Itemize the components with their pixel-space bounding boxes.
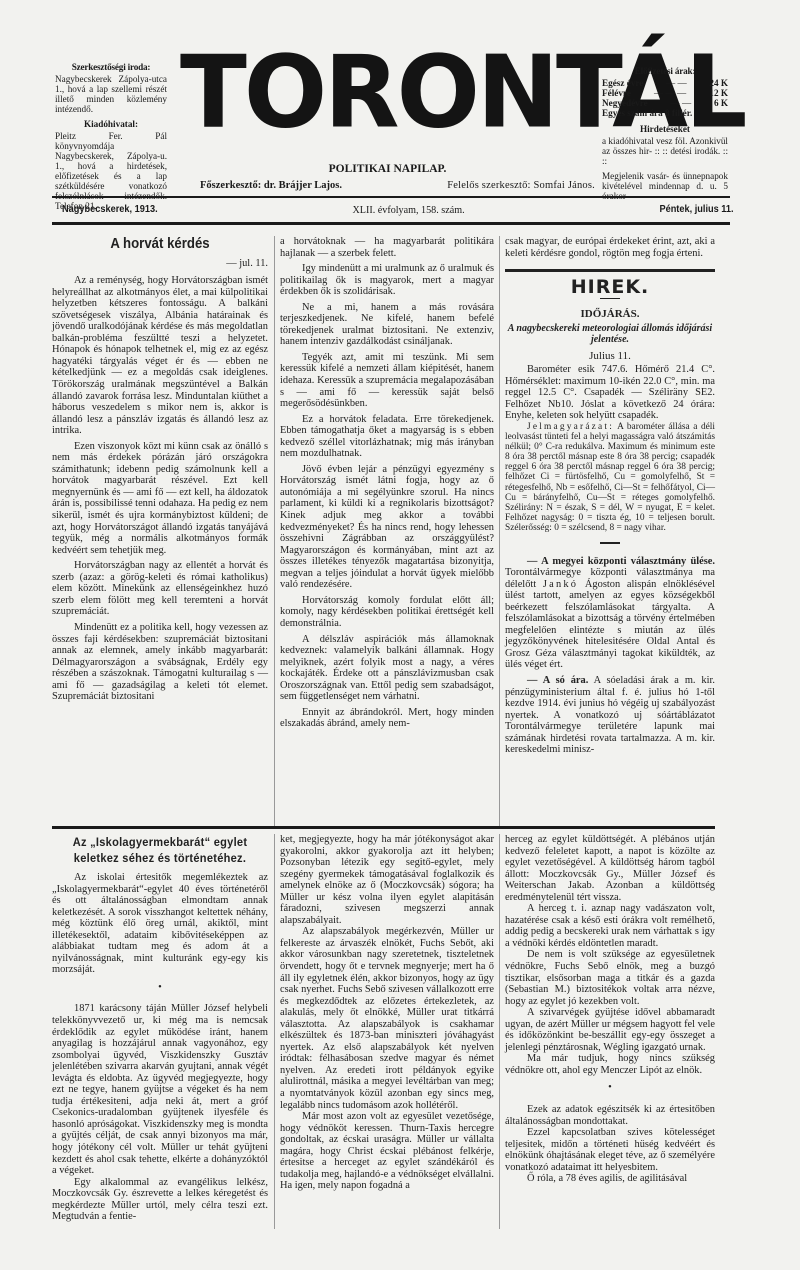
masthead-right-box: Előfizetési árak: Egész évre — — 24 K Fé… — [602, 66, 728, 206]
paragraph: Horvátországban nagy az ellentét a horvá… — [52, 560, 268, 618]
paragraph: Ez a horvátok feladata. Erre törekedjene… — [280, 414, 494, 460]
price-dash: — — — [643, 78, 709, 88]
paragraph: ket, megjegyezte, hogy ha már jótékonysá… — [280, 834, 494, 926]
newspaper-title: TORONTÁL — [180, 49, 595, 137]
separator-dot: • — [505, 1082, 715, 1094]
price-row: Félévre — — — 12 K — [602, 88, 728, 98]
weather-date: Julius 11. — [505, 351, 715, 363]
short-rule — [600, 542, 620, 544]
section-rule — [52, 826, 715, 829]
editorial-office-text: Nagybecskerek Zápolya-utca 1., hová a la… — [55, 74, 167, 114]
editors-line: Főszerkesztő: dr. Brájjer Lajos. Felelős… — [200, 180, 595, 191]
paragraph: De nem is volt szüksége az egyesületnek … — [505, 949, 715, 1007]
masthead-rule — [52, 196, 730, 198]
article-iskola-col2: ket, megjegyezte, hogy ha már jótékonysá… — [280, 834, 494, 1192]
price-dash: — — — — [631, 88, 709, 98]
legend-label: Jelmagyarázat: — [527, 422, 614, 432]
column-divider — [274, 236, 275, 826]
price-row: Negyedévre — — 6 K — [602, 98, 728, 108]
paragraph: Ne a mi, hanem a más rovására terjeszked… — [280, 302, 494, 348]
paragraph: csak magyar, de európai érdekeket érint,… — [505, 236, 715, 259]
news-item-name: Jankó — [543, 579, 578, 590]
paragraph: Ma már tudjuk, hogy nincs szükség védnök… — [505, 1053, 715, 1076]
paragraph: 1871 karácsony táján Müller József helyb… — [52, 1003, 268, 1176]
paragraph: Ezzel kapcsolatban szives kötelességet t… — [505, 1127, 715, 1173]
paragraph: A herceg t. i. aznap nagy vadászaton vol… — [505, 903, 715, 949]
separator-dot: • — [52, 982, 268, 994]
weather-subheading: A nagybecskereki meteorologiai állomás i… — [505, 323, 715, 345]
paragraph: Már most azon volt az egyesület vezetősé… — [280, 1111, 494, 1192]
article-horvat-col2: a horvátoknak — ha magyarbarát politikár… — [280, 236, 494, 730]
publisher-text: Pleitz Fer. Pál könyvnyomdája Nagybecske… — [55, 131, 167, 211]
paragraph: A délszláv aspirációk más államoknak ked… — [280, 634, 494, 703]
paragraph: Mindenütt ez a politika kell, hogy vezes… — [52, 622, 268, 703]
paragraph: herceg az egylet küldöttségét. A plébáno… — [505, 834, 715, 903]
publisher-heading: Kiadóhivatal: — [55, 119, 167, 129]
paragraph: Egy alkalommal az evangélikus lelkész, M… — [52, 1177, 268, 1223]
paragraph: Az iskolai értesitők megemlékeztek az „I… — [52, 872, 268, 976]
legend-text: A barométer állása a déli leolvasást tün… — [505, 422, 715, 533]
paragraph: Ezen viszonyok közt mi künn csak az önál… — [52, 441, 268, 556]
chief-editor: Főszerkesztő: dr. Brájjer Lajos. — [200, 180, 342, 191]
paragraph: a horvátoknak — ha magyarbarát politikár… — [280, 236, 494, 259]
masthead-left-box: Szerkesztőségi iroda: Nagybecskerek Zápo… — [55, 62, 167, 216]
weather-report: Barométer esik 747.6. Hőmérő 21.4 C°. Hő… — [505, 364, 715, 422]
paragraph: Az alapszabályok megérkezvén, Müller ur … — [280, 926, 494, 1111]
price-label: Egész évre — [602, 78, 643, 88]
price-row: Egész évre — — 24 K — [602, 78, 728, 88]
price-value: 6 K — [714, 98, 728, 108]
responsible-editor: Felelős szerkesztő: Somfai János. — [447, 180, 595, 191]
news-item-text: Ágoston alispán elnöklésével ülést tarto… — [505, 579, 715, 671]
price-label: Negyedévre — [602, 98, 648, 108]
dateline: Nagybecskerek, 1913. XLII. évfolyam, 158… — [62, 204, 734, 216]
news-item-text: A sóeladási árak a m. kir. pénzügyminist… — [505, 675, 715, 755]
issue-day: Péntek, julius 11. — [659, 204, 733, 216]
weather-legend: Jelmagyarázat: A barométer állása a déli… — [505, 422, 715, 533]
article-horvat-col1: A horvát kérdés — jul. 11. Az a reménysé… — [52, 232, 268, 703]
article-iskola-col1: Az „Iskolagyermekbarát“ egylet keletkez … — [52, 834, 268, 1223]
paragraph: Tegyék azt, amit mi teszünk. Mi sem kere… — [280, 352, 494, 410]
column-divider — [499, 236, 500, 826]
ads-text: a kiadóhivatal vesz föl. Azonkivül az ös… — [602, 136, 728, 166]
article-title: A horvát kérdés — [65, 238, 255, 250]
paragraph: Igy mindenütt a mi uralmunk az ő uralmuk… — [280, 263, 494, 298]
editorial-office-heading: Szerkesztőségi iroda: — [55, 62, 167, 72]
dateline-rule — [52, 222, 730, 225]
paragraph: Ezek az adatok egészitsék ki az értesitő… — [505, 1104, 715, 1127]
single-issue-price: Egyes szám ára 8 fillér. — [602, 108, 728, 118]
news-item-title: — A megyei központi választmány ülése. — [527, 556, 715, 567]
section-rule — [505, 269, 715, 272]
news-item: — A megyei központi választmány ülése. T… — [505, 556, 715, 671]
paragraph: Ő róla, a 78 éves agilis, de agilitásáva… — [505, 1173, 715, 1185]
weather-heading: IDŐJÁRÁS. — [505, 309, 715, 321]
paragraph: Az a reménység, hogy Horvátországban ism… — [52, 275, 268, 437]
news-heading: HIREK. — [505, 282, 715, 294]
volume-number: XLII. évfolyam, 158. szám. — [352, 204, 464, 216]
article-date: — jul. 11. — [52, 258, 268, 270]
column-divider — [499, 834, 500, 1229]
ads-heading: Hirdetéseket — [602, 124, 728, 134]
news-item: — A só ára. A sóeladási árak a m. kir. p… — [505, 675, 715, 756]
paragraph: Jövő évben lejár a pénzügyi egyezmény s … — [280, 464, 494, 591]
news-item-title: — A só ára. — [527, 675, 588, 686]
column-divider — [274, 834, 275, 1229]
paragraph: A szivarvégek gyüjtése idővel abbamaradt… — [505, 1007, 715, 1053]
newspaper-subtitle: POLITIKAI NAPILAP. — [180, 163, 595, 175]
subscription-heading: Előfizetési árak: — [602, 66, 728, 76]
price-label: Félévre — [602, 88, 631, 98]
price-value: 12 K — [709, 88, 728, 98]
article-title: Az „Iskolagyermekbarát“ egylet keletkez … — [61, 834, 260, 866]
paragraph: Ennyit az ábrándokról. Mert, hogy minden… — [280, 707, 494, 730]
paragraph: Horvátország komoly fordulat előtt áll; … — [280, 595, 494, 630]
price-dash: — — — [648, 98, 714, 108]
price-value: 24 K — [709, 78, 728, 88]
place-year: Nagybecskerek, 1913. — [62, 204, 158, 216]
news-column: csak magyar, de európai érdekeket érint,… — [505, 236, 715, 756]
article-iskola-col3: herceg az egylet küldöttségét. A plébáno… — [505, 834, 715, 1185]
